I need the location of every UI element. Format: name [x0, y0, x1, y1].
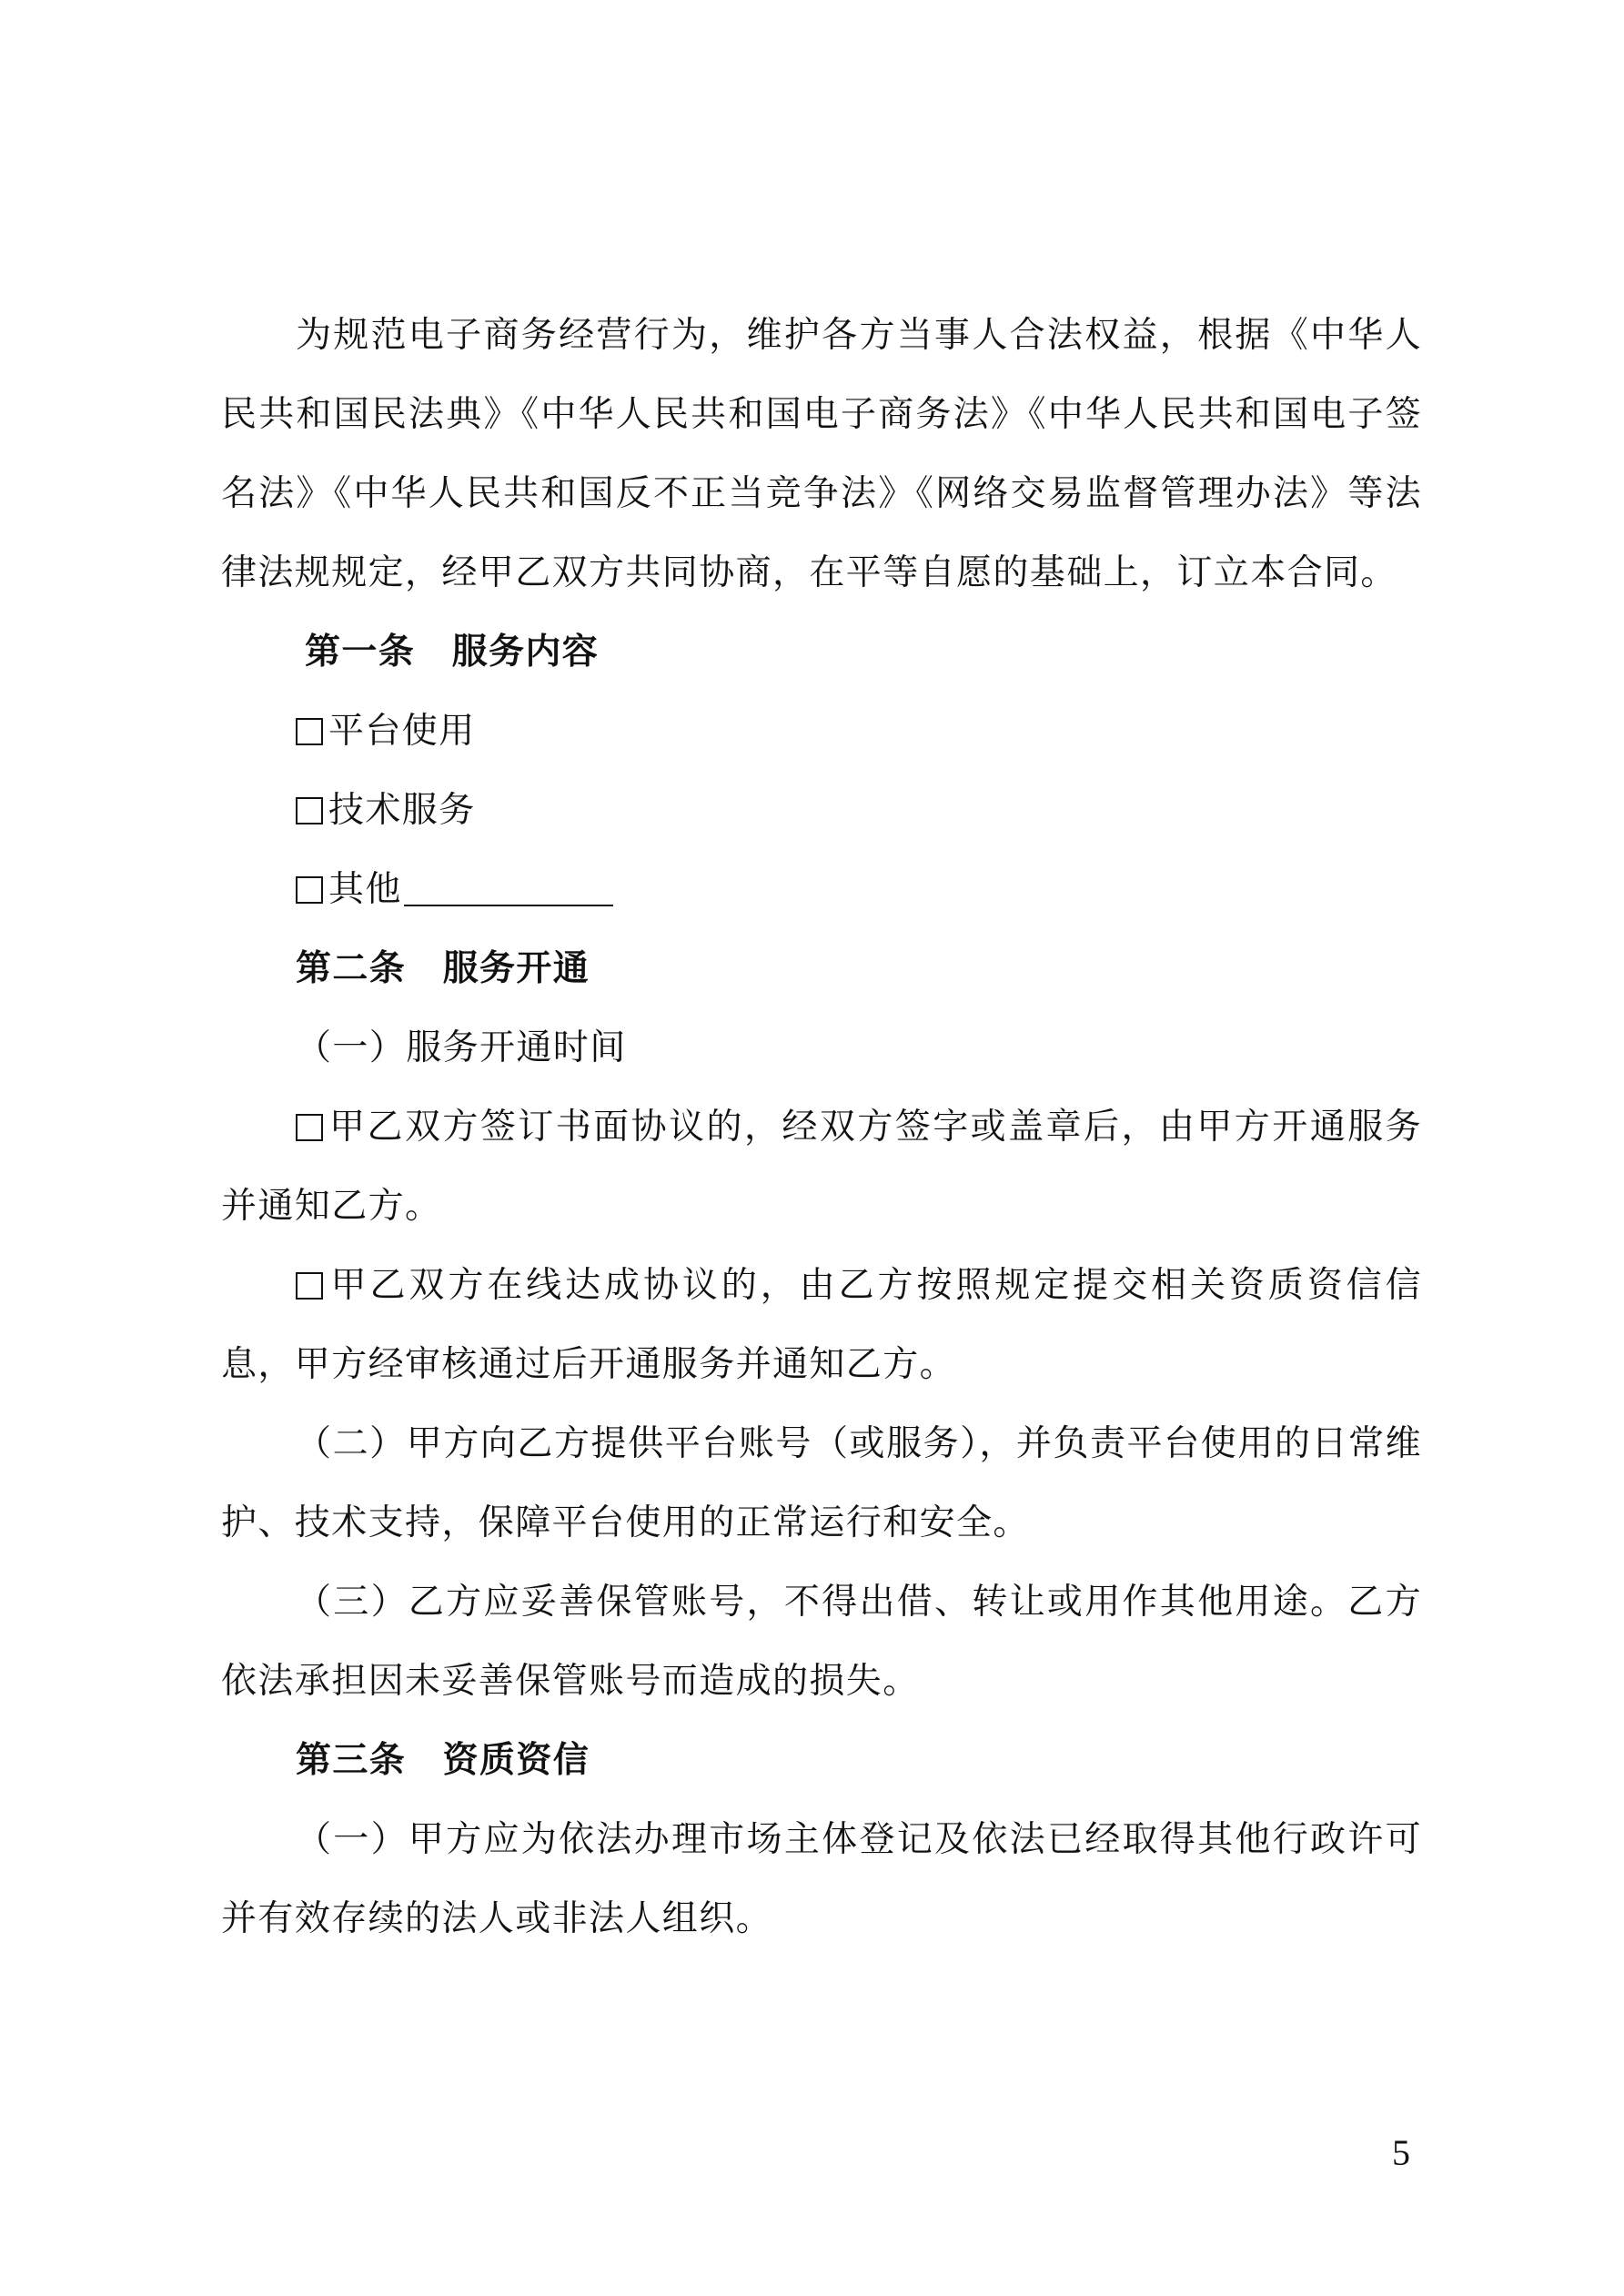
other-fill-in-blank[interactable] [404, 874, 613, 906]
checkbox-technical-service[interactable] [296, 797, 323, 824]
article-2-section-3: （三）乙方应妥善保管账号，不得出借、转让或用作其他用途。乙方依法承担因未妥善保管… [221, 1563, 1422, 1721]
article-2-section-1-title: （一）服务开通时间 [221, 1008, 1422, 1087]
option-written-agreement: 甲乙双方签订书面协议的，经双方签字或盖章后，由甲方开通服务并通知乙方。 [221, 1087, 1422, 1246]
checkbox-written-agreement[interactable] [296, 1114, 323, 1141]
option-label: 甲乙双方签订书面协议的，经双方签字或盖章后，由甲方开通服务并通知乙方。 [221, 1107, 1422, 1227]
article-3-section-1: （一）甲方应为依法办理市场主体登记及依法已经取得其他行政许可并有效存续的法人或非… [221, 1800, 1422, 1958]
article-2-heading: 第二条 服务开通 [221, 929, 1422, 1008]
option-label: 技术服务 [328, 790, 476, 831]
article-3-heading: 第三条 资质资信 [221, 1721, 1422, 1800]
preamble-paragraph: 为规范电子商务经营行为，维护各方当事人合法权益，根据《中华人民共和国民法典》《中… [221, 296, 1422, 612]
option-label: 平台使用 [328, 711, 476, 752]
checkbox-other[interactable] [296, 876, 323, 904]
option-technical-service: 技术服务 [221, 771, 1422, 850]
article-2-section-2: （二）甲方向乙方提供平台账号（或服务），并负责平台使用的日常维护、技术支持，保障… [221, 1404, 1422, 1563]
option-label: 甲乙双方在线达成协议的，由乙方按照规定提交相关资质资信信息，甲方经审核通过后开通… [221, 1265, 1422, 1385]
checkbox-online-agreement[interactable] [296, 1272, 323, 1300]
document-page: 为规范电子商务经营行为，维护各方当事人合法权益，根据《中华人民共和国民法典》《中… [0, 0, 1624, 2296]
option-online-agreement: 甲乙双方在线达成协议的，由乙方按照规定提交相关资质资信信息，甲方经审核通过后开通… [221, 1246, 1422, 1404]
option-other: 其他 [221, 850, 1422, 929]
option-platform-use: 平台使用 [221, 692, 1422, 771]
checkbox-platform-use[interactable] [296, 718, 323, 745]
option-label: 其他 [328, 869, 402, 910]
page-number: 5 [1392, 2131, 1410, 2174]
article-1-heading: 第一条 服务内容 [221, 612, 1422, 692]
contract-body: 为规范电子商务经营行为，维护各方当事人合法权益，根据《中华人民共和国民法典》《中… [221, 296, 1422, 1958]
